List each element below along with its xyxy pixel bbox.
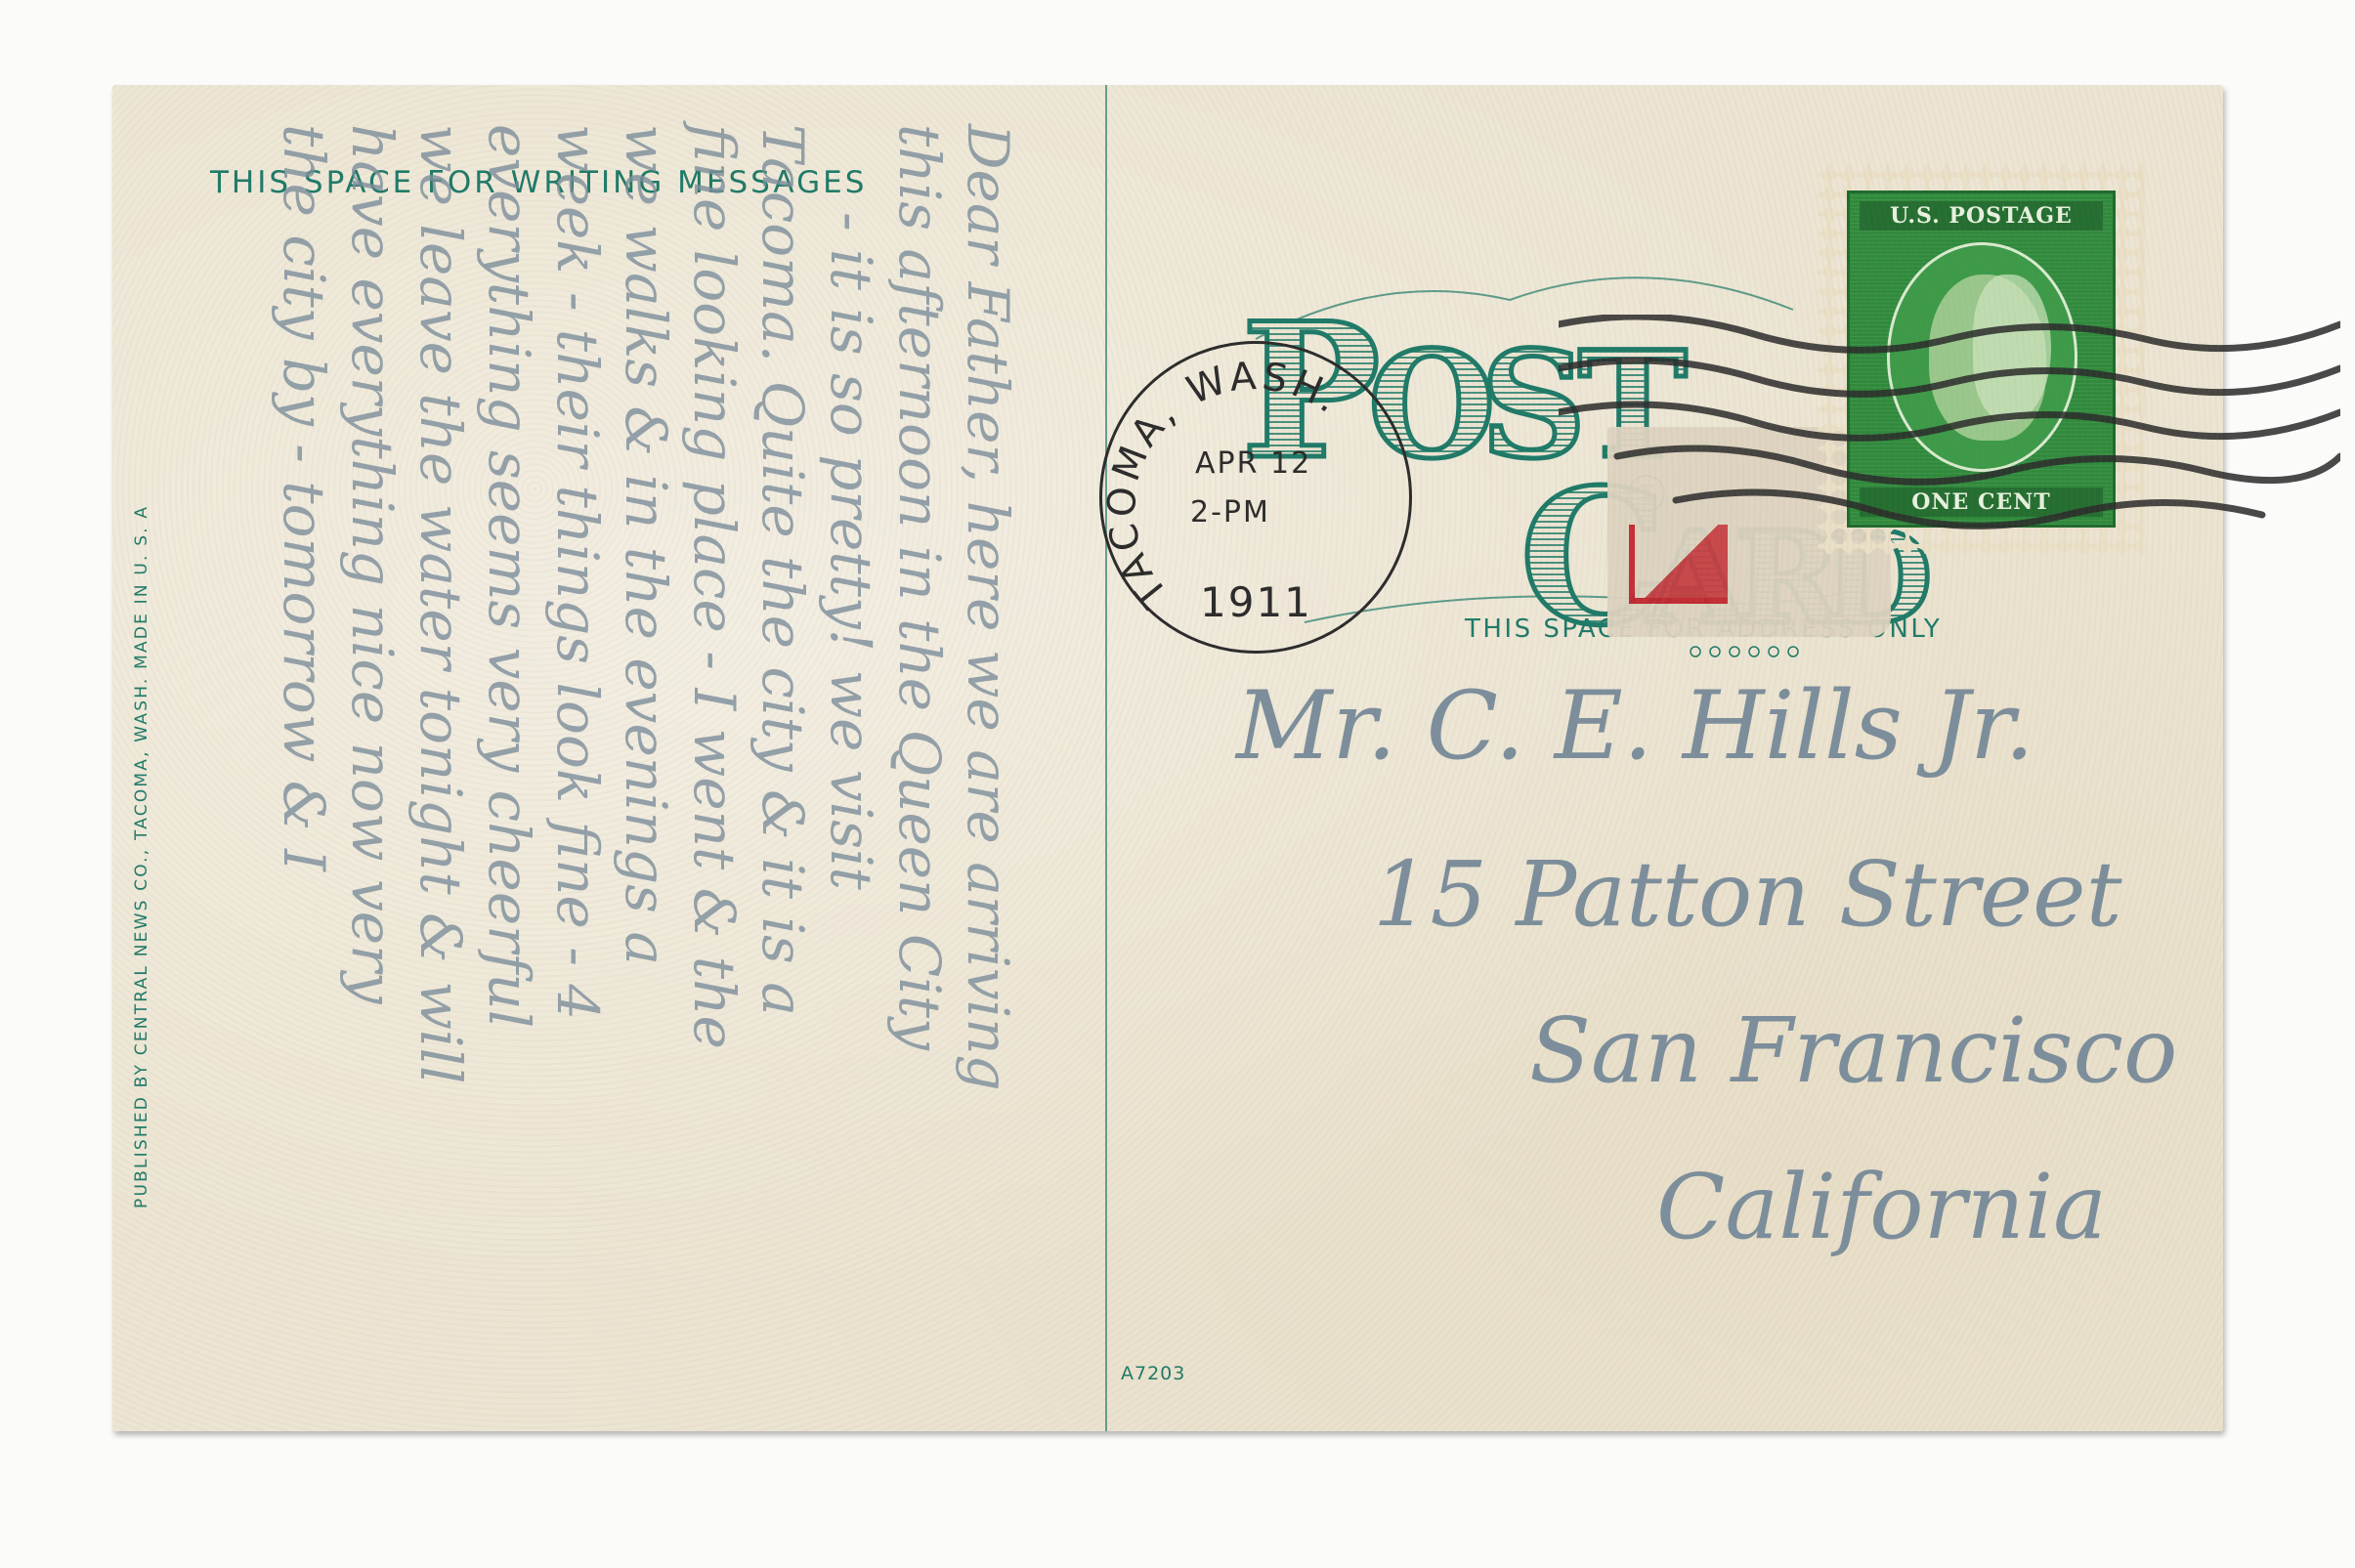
franklin-portrait-icon [1887, 242, 2077, 472]
address-state: California [1656, 1155, 2107, 1259]
postmark-year: 1911 [1200, 578, 1312, 626]
red-stamp-corner [1629, 525, 1728, 604]
message-line: have everything nice now very [339, 124, 406, 1004]
message-line: - it is so pretty! we visit [818, 212, 884, 890]
message-line: Tacoma. Quite the city & it is a [749, 124, 816, 1016]
svg-text:TACOMA, WASH.: TACOMA, WASH. [1102, 355, 1350, 616]
address-street: 15 Patton Street [1373, 842, 2122, 947]
center-divider-line [1105, 85, 1107, 1431]
postcard: THIS SPACE FOR WRITING MESSAGES PUBLISHE… [112, 85, 2223, 1431]
postmark-time: 2-PM [1190, 495, 1270, 530]
message-line: week - their things look fine - 4 [544, 124, 611, 1020]
message-line: Dear Father, here we are arriving [955, 124, 1021, 1091]
postmark: TACOMA, WASH. APR 12 2-PM 1911 [1099, 341, 1412, 654]
catalog-number: A7203 [1121, 1363, 1185, 1384]
stamp-bottom-label: ONE CENT [1860, 487, 2103, 517]
postmark-city: TACOMA, WASH. [1102, 355, 1350, 616]
message-line: everything seems very cheerful [476, 124, 542, 1028]
message-line: the city by - tomorrow & I [271, 124, 337, 871]
message-line: we leave the water tonight & will [407, 124, 474, 1084]
handwritten-message: Dear Father, here we are arriving this a… [112, 85, 1105, 1431]
message-line: this afternoon in the Queen City [886, 124, 953, 1050]
message-line: we walks & in the evenings a [613, 124, 679, 965]
message-line: fine looking place - I went & the [681, 124, 748, 1049]
address-recipient: Mr. C. E. Hills Jr. [1236, 671, 2034, 781]
postmark-date: APR 12 [1195, 446, 1311, 481]
one-cent-stamp: U.S. POSTAGE ONE CENT [1847, 191, 2116, 528]
address-city: San Francisco [1529, 998, 2177, 1103]
stamp-top-label: U.S. POSTAGE [1860, 201, 2103, 231]
